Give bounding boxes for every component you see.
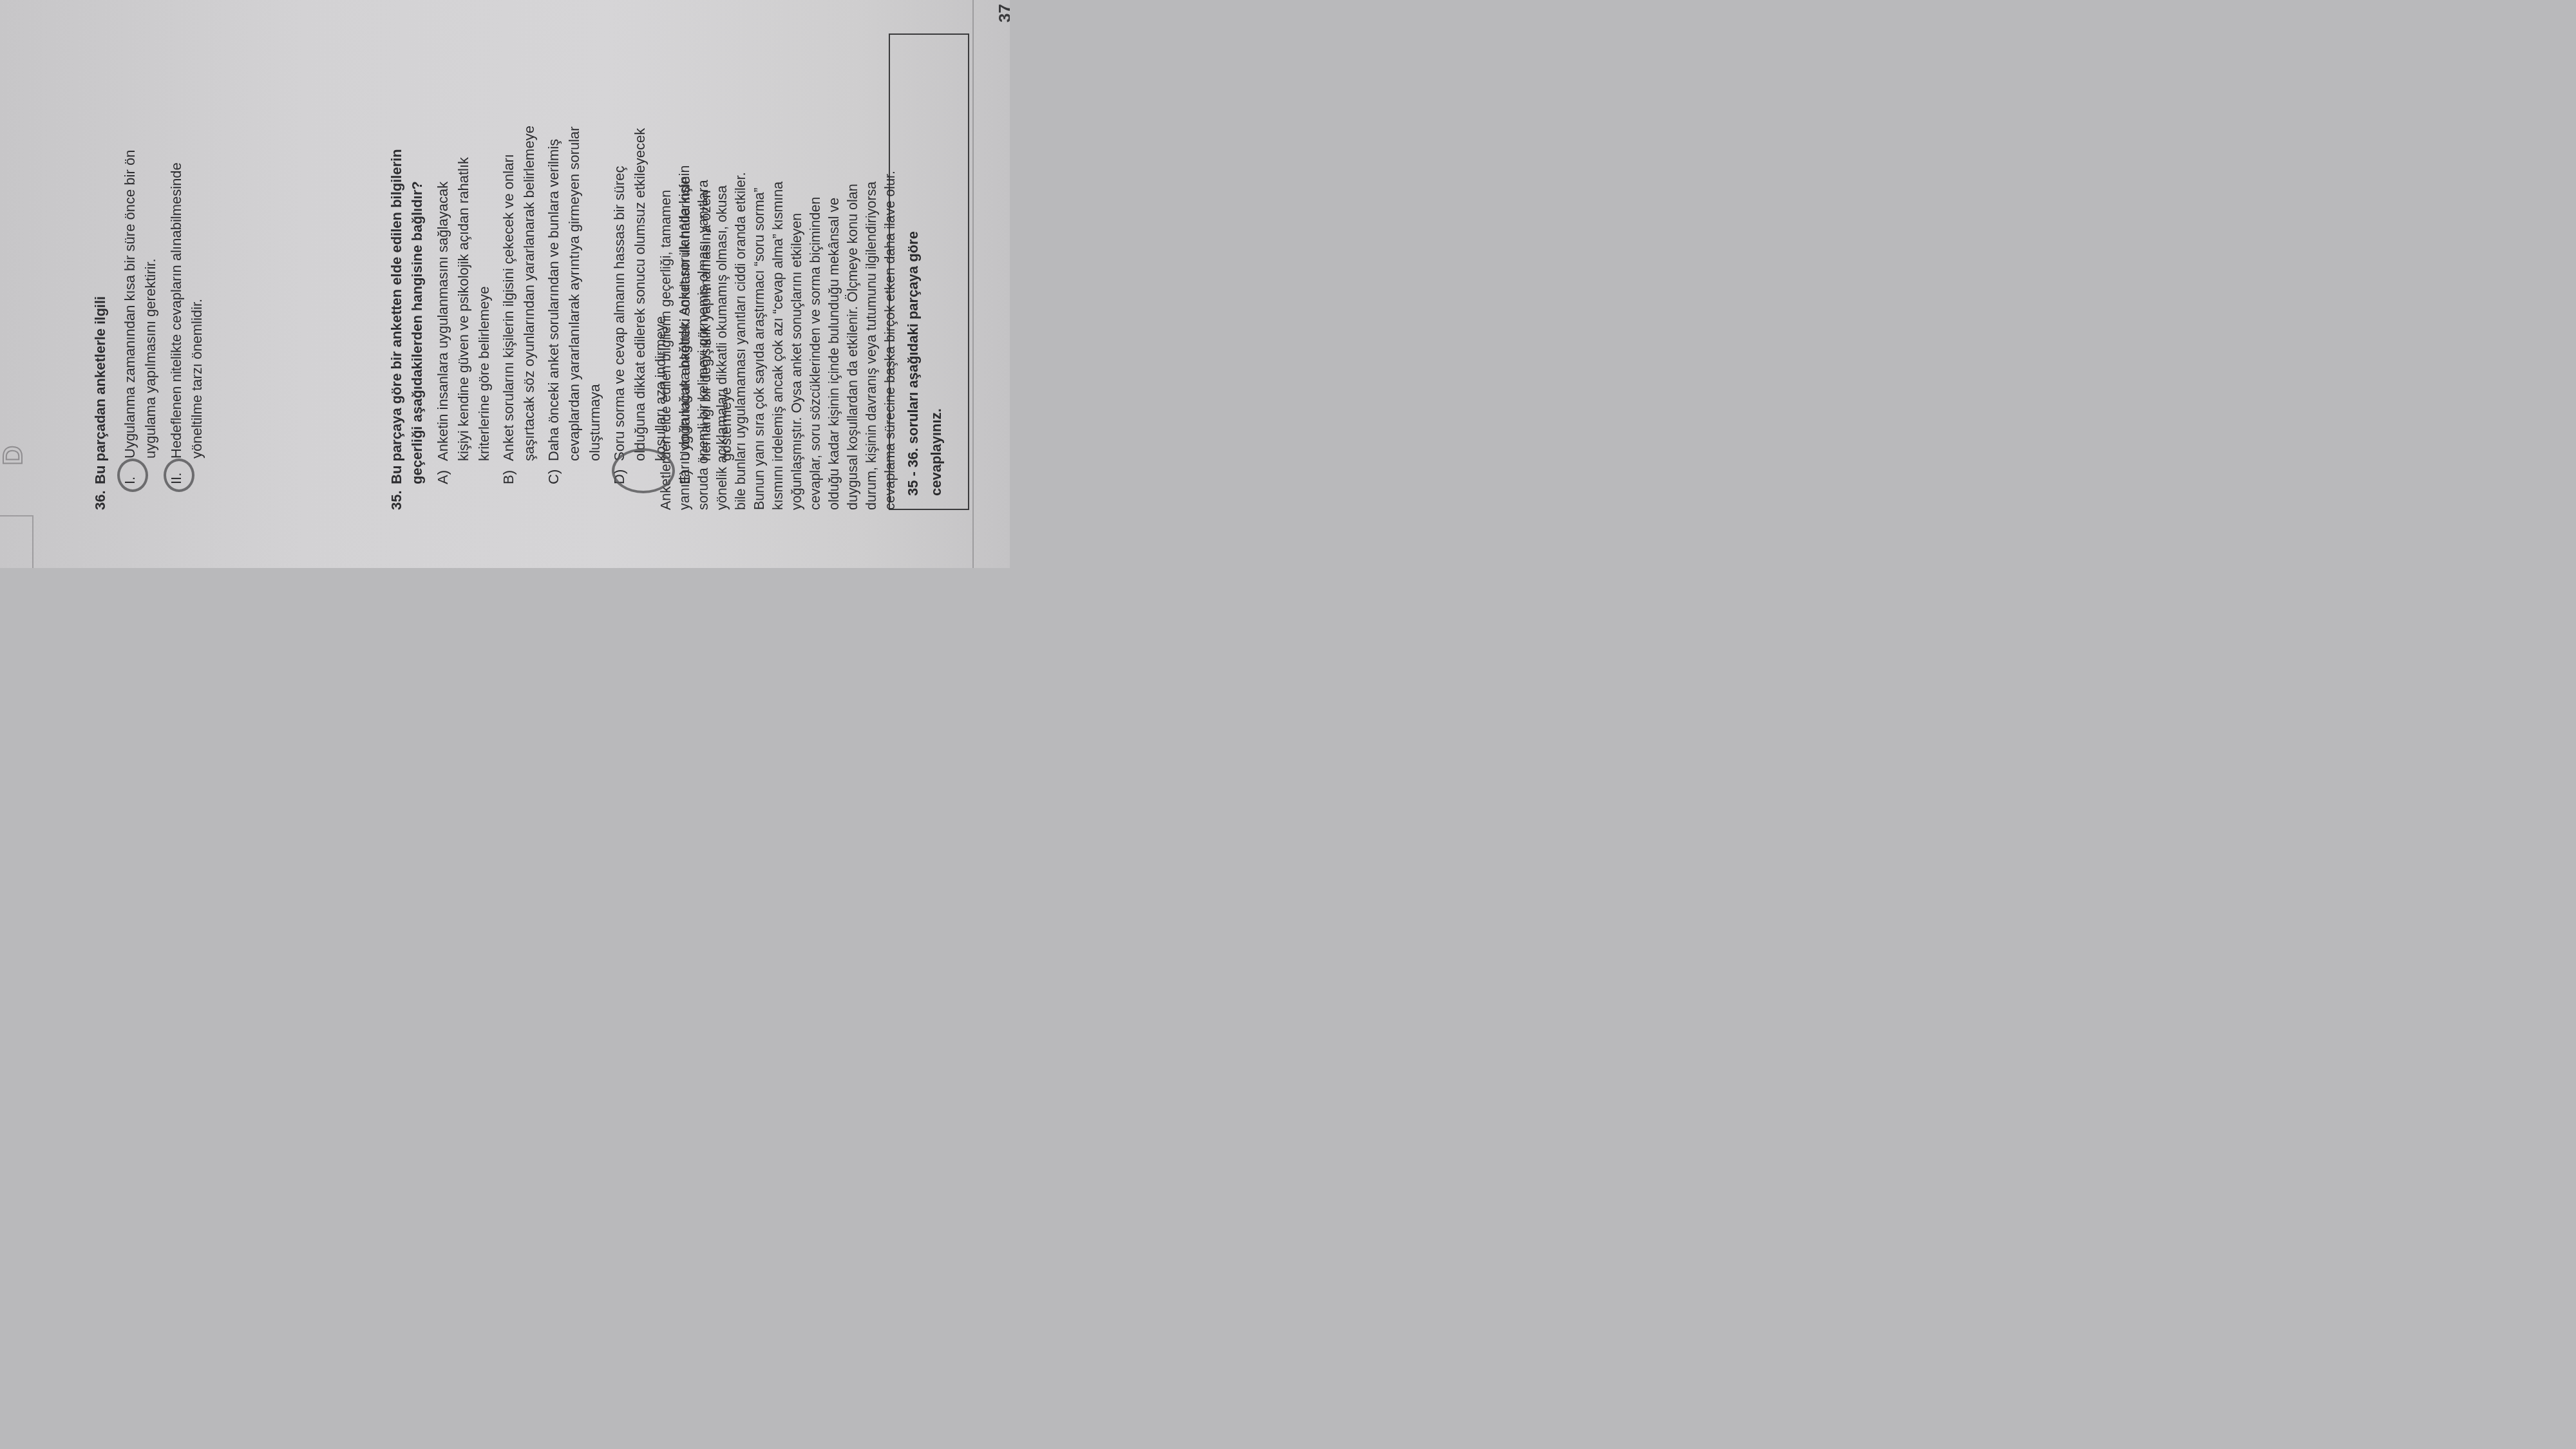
pencil-circle-mark	[612, 448, 675, 493]
instruction-box: 35 - 36. soruları aşağıdaki parçaya göre…	[889, 33, 969, 510]
passage-line: durum, kişinin davranış veya tutumunu il…	[862, 0, 881, 510]
passage-line: cevaplar, soru sözcüklerinden ve sorma b…	[806, 0, 825, 510]
option-letter: C)	[544, 461, 605, 484]
question-36-number: 36.	[90, 484, 111, 510]
option-letter: A)	[433, 461, 495, 484]
question-35-stem: Bu parçaya göre bir anketten elde edilen…	[386, 149, 428, 484]
exam-page: 37 D 35 - 36. soruları aşağıdaki parçaya…	[0, 0, 1010, 568]
answer-option-b[interactable]: B)Anket sorularını kişilerin ilgisini çe…	[498, 1, 540, 484]
passage-line: kısmını irdelemiş ancak çok azı “cevap a…	[769, 0, 788, 510]
passage-line: olduğu kadar kişinin içinde bulunduğu me…	[825, 0, 844, 510]
question-35: 35. Bu parçaya göre bir anketten elde ed…	[386, 1, 741, 510]
header-rule	[972, 0, 974, 568]
question-36: 36. Bu parçadan anketlerle ilgili I.Uygu…	[90, 1, 213, 510]
passage-line: duygusal koşullardan da etkilenir. Ölçme…	[844, 0, 862, 510]
pencil-circle-mark	[117, 459, 148, 492]
statement-text: Uygulanma zamanından kısa bir süre önce …	[120, 150, 161, 459]
question-36-stem: Bu parçadan anketlerle ilgili	[90, 296, 111, 484]
statement-item-ii: II.Hedeflenen nitelikte cevapların alına…	[166, 1, 207, 484]
instruction-line-2: cevaplayınız.	[925, 48, 948, 496]
option-text: Uygulanacak anketteki soruların ilk hâll…	[675, 177, 737, 461]
option-text: Soru sorma ve cevap almanın hassas bir s…	[609, 128, 671, 461]
answer-option-a[interactable]: A)Anketin insanlara uygulanmasını sağlay…	[433, 1, 495, 484]
option-text: Anket sorularını kişilerin ilgisini çeke…	[498, 126, 540, 461]
answer-option-d[interactable]: D)Soru sorma ve cevap almanın hassas bir…	[609, 1, 671, 484]
statement-text: Hedeflenen nitelikte cevapların alınabil…	[166, 162, 207, 459]
option-text: Daha önceki anket sorularından ve bunlar…	[544, 126, 605, 461]
option-letter: B)	[498, 461, 540, 484]
pencil-circle-mark	[164, 459, 194, 492]
page-number: 37	[995, 4, 1010, 23]
side-strip	[0, 515, 33, 568]
option-text: Anketin insanlara uygulanmasını sağlayac…	[433, 157, 495, 461]
passage-line: yoğunlaşmıştır. Oysa anket sonuçlarını e…	[788, 0, 806, 510]
instruction-line-1: 35 - 36. soruları aşağıdaki parçaya göre	[902, 48, 925, 496]
answer-option-e[interactable]: E)Uygulanacak anketteki soruların ilk hâ…	[675, 1, 737, 484]
passage-line: Bunun yanı sıra çok sayıda araştırmacı “…	[750, 0, 769, 510]
question-35-number: 35.	[386, 484, 428, 510]
booklet-type-mark: D	[0, 439, 26, 471]
option-letter: E)	[675, 461, 737, 484]
photo-background: 37 D 35 - 36. soruları aşağıdaki parçaya…	[0, 0, 1010, 568]
answer-option-c[interactable]: C)Daha önceki anket sorularından ve bunl…	[544, 1, 605, 484]
passage-line: cevaplama sürecine başka birçok etken da…	[881, 0, 900, 510]
statement-item-i: I.Uygulanma zamanından kısa bir süre önc…	[120, 1, 161, 484]
